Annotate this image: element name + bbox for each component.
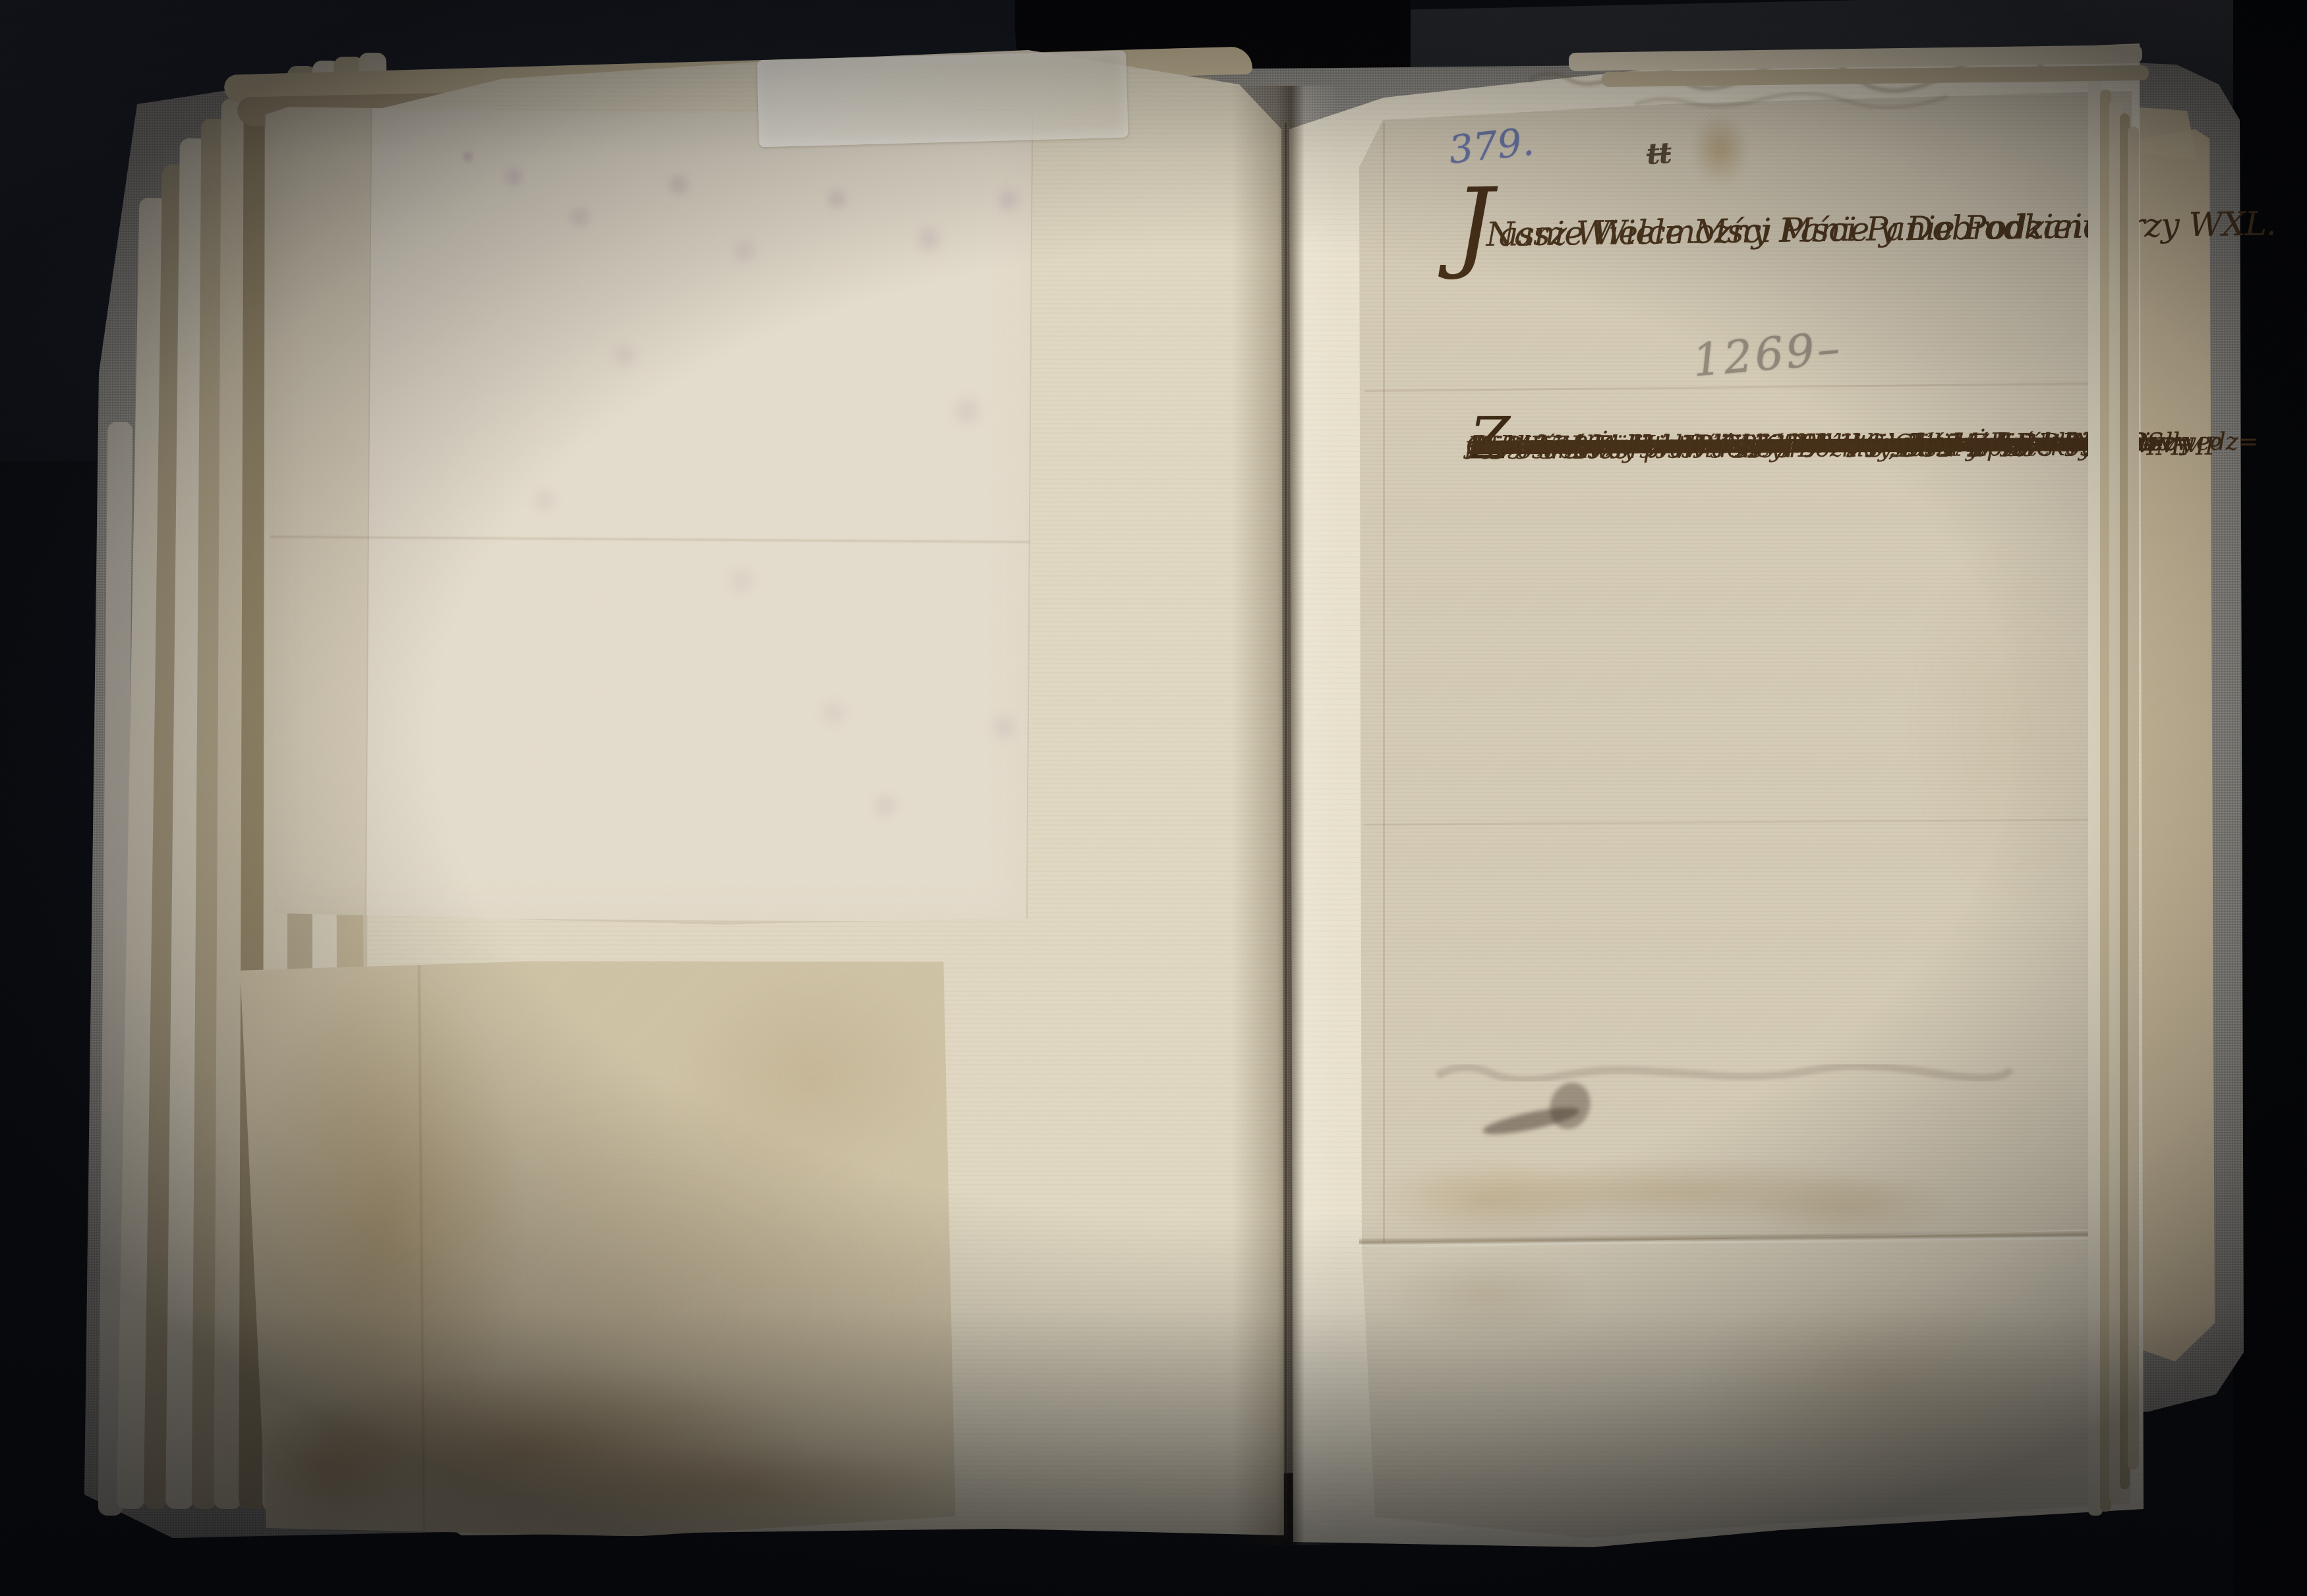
cancelled-letters-mark: tt [1646,139,1672,169]
gutter-page-edge-line [1285,123,1287,1539]
salutation-line: Nasz Wielce Mści Panie y Dobrodzieiu. [1486,202,2113,259]
page-edge-strip [2128,127,2139,1469]
blue-folio-number: 379. [1447,122,1535,169]
letter-body-line: tentować JegMści P. Generała w requizycy… [1474,426,2101,463]
archival-book-photo: 379. tt Jasnie Wielmozny Mści Panie Podk… [0,0,2307,1596]
pencil-archive-number: 1269– [1691,326,1844,384]
